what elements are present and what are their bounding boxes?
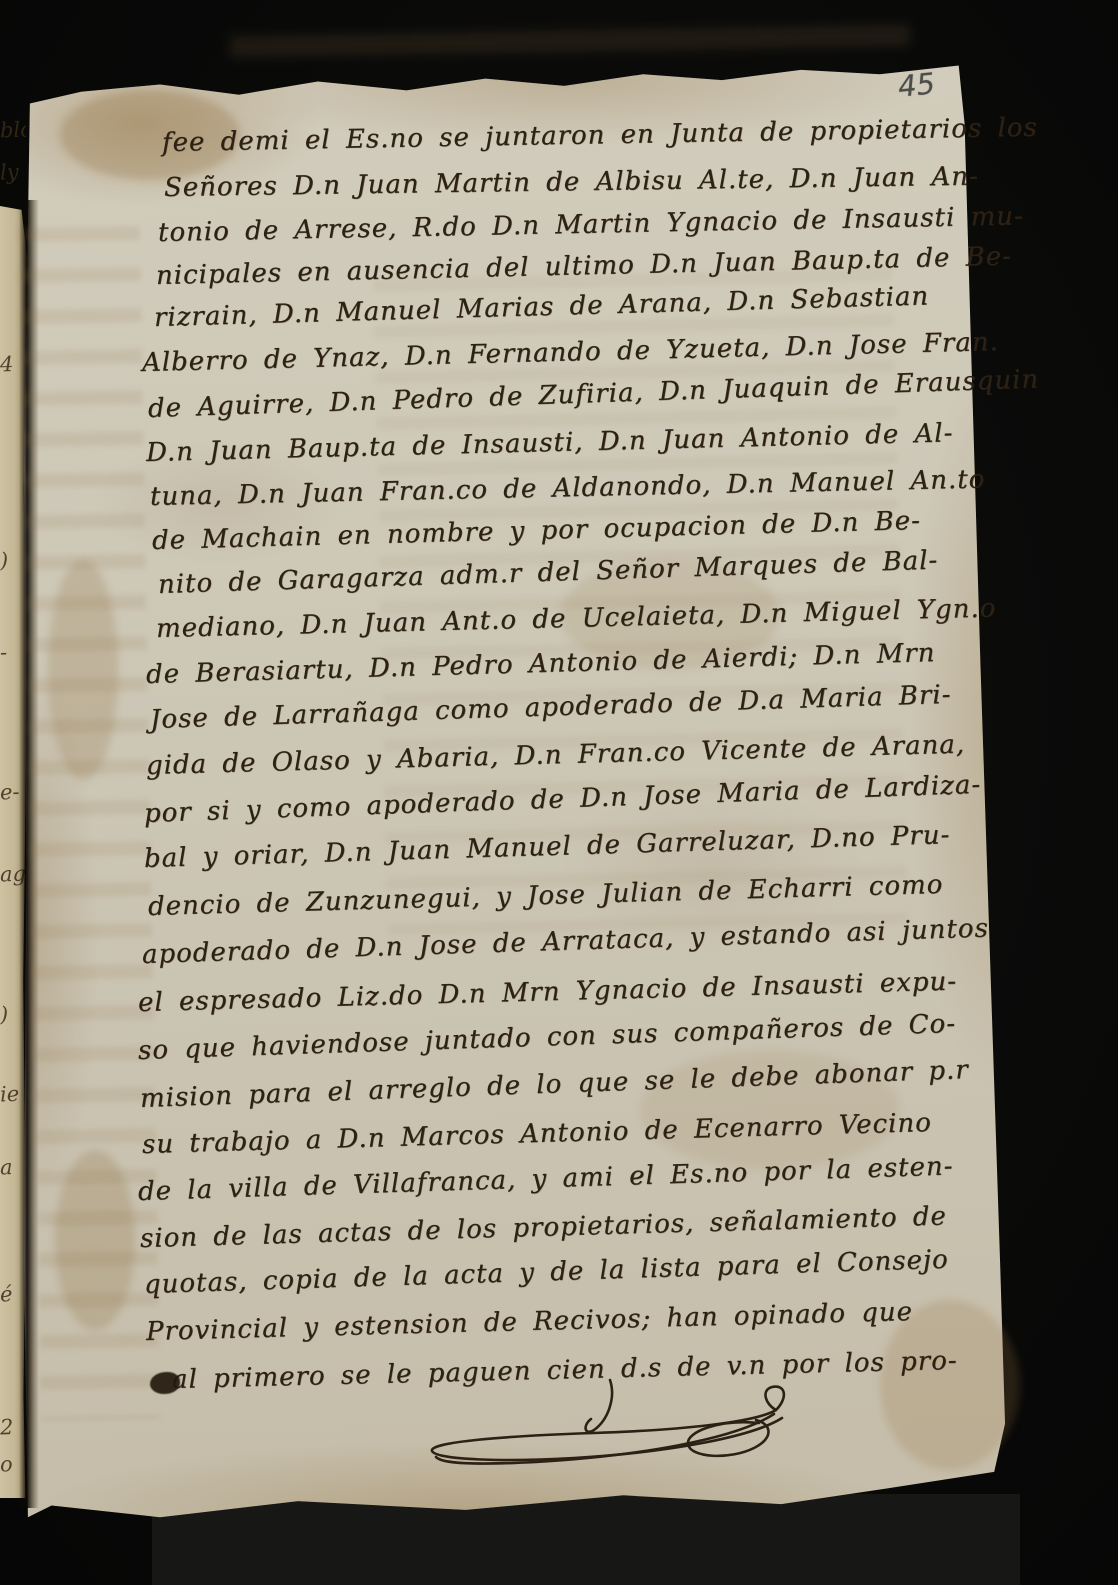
table-shadow: [152, 1494, 1020, 1585]
folio-number: 45: [896, 66, 936, 104]
stain: [48, 560, 118, 780]
archival-photo: blo ly 4 ) - e- ag) ) ie a é 2 o 45 fee …: [0, 0, 1118, 1585]
stain: [55, 1150, 135, 1330]
rubric-flourish: [414, 1378, 814, 1498]
edge-text-fragment: blo: [0, 118, 26, 143]
ink-blot: [150, 1372, 180, 1394]
show-through: [230, 24, 910, 58]
edge-text-fragment: ly: [0, 160, 26, 185]
